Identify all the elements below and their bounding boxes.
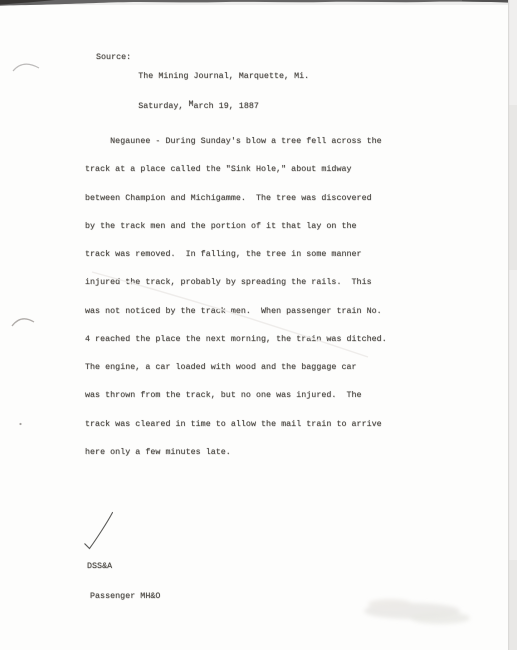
source-date-prefix: Saturday,	[138, 102, 188, 111]
scanned-document-page: Source: The Mining Journal, Marquette, M…	[0, 0, 517, 650]
typed-line: Negaunee - During Sunday's blow a tree f…	[85, 137, 387, 147]
typed-line: injured the track, probably by spreading…	[85, 278, 387, 288]
article-body: Negaunee - During Sunday's blow a tree f…	[85, 119, 387, 476]
typed-line: was not noticed by the track men. When p…	[85, 307, 387, 317]
typed-line: was thrown from the track, but no one wa…	[85, 391, 387, 401]
typed-line: between Champion and Michigamme. The tre…	[85, 194, 387, 204]
source-publication: The Mining Journal, Marquette, Mi.	[138, 71, 309, 83]
railroad-annotations: DSS&A Passenger MH&O	[87, 543, 160, 621]
source-date-suffix: arch 19, 1887	[194, 102, 259, 111]
typed-line: 4 reached the place the next morning, th…	[85, 335, 387, 345]
typed-line: by the track men and the portion of it t…	[85, 222, 387, 232]
typed-line: track was removed. In falling, the tree …	[85, 250, 387, 260]
railroad-abbrev-dssa: DSS&A	[87, 561, 160, 573]
source-date: Saturday, March 19, 1887	[138, 101, 309, 113]
typed-line: here only a few minutes late.	[85, 448, 387, 458]
typewritten-content: Source: The Mining Journal, Marquette, M…	[0, 0, 517, 650]
source-date-raised-letter: M	[189, 100, 194, 109]
typed-line: The engine, a car loaded with wood and t…	[85, 363, 387, 373]
typed-line: track was cleared in time to allow the m…	[85, 420, 387, 430]
railroad-abbrev-mho: Passenger MH&O	[87, 591, 160, 603]
typed-line: track at a place called the "Sink Hole,"…	[85, 165, 387, 175]
